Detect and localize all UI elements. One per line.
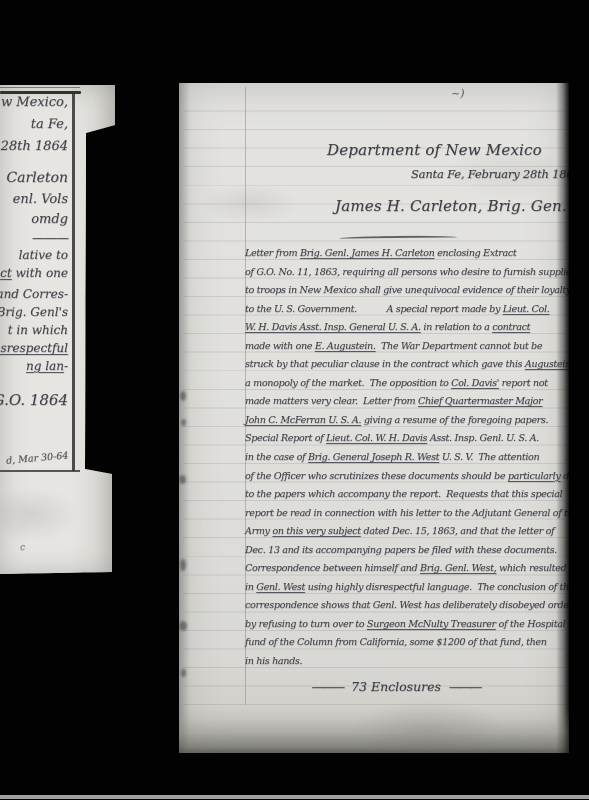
enclosures-text: 73 Enclosures (351, 679, 441, 694)
docket-line: to the papers which accompany the report… (245, 486, 567, 505)
docket-line: by refusing to turn over to Surgeon McNu… (245, 616, 567, 635)
docket-line: in Genl. West using highly disrespectful… (245, 579, 567, 598)
header-addressee-line: James H. Carleton, Brig. Gen. Vols. Comd… (335, 197, 569, 215)
left-page-fragment: and Corres- (0, 287, 68, 301)
left-page-fragment: y 28th 1864 (0, 139, 68, 154)
left-page-fragment: Carleton (6, 170, 68, 186)
pen-squiggle-mark: ~) (451, 87, 465, 100)
docket-line: W. H. Davis Asst. Insp. General U. S. A.… (245, 319, 567, 338)
docket-line: made with one E. Augustein. The War Depa… (245, 338, 567, 357)
docket-line: Dec. 13 and its accompanying papers be f… (245, 542, 567, 561)
docket-line: struck by that peculiar clause in the co… (245, 356, 567, 375)
docket-line: Correspondence between himself and Brig.… (245, 560, 567, 579)
docket-line: report be read in connection with his le… (245, 505, 567, 524)
left-page-fragment: G.O. 1864 (0, 391, 68, 409)
docket-line: Special Report of Lieut. Col. W. H. Davi… (245, 430, 567, 449)
left-page-fragment: ta Fe, (31, 117, 68, 132)
left-page-border-right (72, 91, 75, 471)
docket-line: fund of the Column from California, some… (245, 634, 567, 653)
left-page-fragment: ——— (32, 231, 68, 246)
docket-line: made matters very clear. Letter from Chi… (245, 393, 567, 412)
docket-line: Letter from Brig. Genl. James H. Carleto… (245, 245, 567, 264)
docket-line: to the U. S. Government. A special repor… (245, 301, 567, 320)
left-page-fragment: t in which (8, 323, 68, 337)
docket-line: of the Officer who scrutinizes these doc… (245, 468, 567, 487)
docket-line: Army on this very subject dated Dec. 15,… (245, 523, 567, 542)
scan-edge-artifact (0, 795, 589, 799)
left-page-fragment: ct with one (0, 266, 68, 280)
left-page-fragment: ng lan- (26, 359, 68, 373)
left-page-fragment: omdg (31, 212, 68, 227)
scanned-document-view: w Mexico,ta Fe,y 28th 1864Carletonenl. V… (0, 0, 589, 800)
docket-line: correspondence shows that Genl. West has… (245, 597, 567, 616)
left-page-fragment: Brig. Genl's (0, 305, 68, 319)
enclosures-line: ——— 73 Enclosures ——— (241, 679, 551, 694)
page-left-shade (179, 83, 190, 753)
docket-line: in his hands. (245, 653, 567, 672)
document-page: ~) Department of New Mexico Santa Fe, Fe… (179, 83, 569, 753)
docket-body: Letter from Brig. Genl. James H. Carleto… (245, 245, 567, 672)
left-page-border-bottom (0, 470, 80, 472)
docket-line: a monopoly of the market. The opposition… (245, 375, 567, 394)
left-page-fragment: lative to (19, 248, 68, 262)
left-page-border-top-thin (0, 87, 80, 88)
enclosures-dash-right: ——— (449, 679, 481, 694)
docket-line: John C. McFerran U. S. A. giving a resum… (245, 412, 567, 431)
left-partial-page: w Mexico,ta Fe,y 28th 1864Carletonenl. V… (0, 85, 116, 574)
header-place-date-line: Santa Fe, February 28th 1864 (411, 167, 569, 181)
page-gutter-shadow (556, 83, 569, 753)
left-page-fragment: d, Mar 30-64 (5, 450, 68, 466)
docket-line: in the case of Brig. General Joseph R. W… (245, 449, 567, 468)
left-page-fragment: w Mexico, (1, 95, 68, 110)
docket-line: to troops in New Mexico shall give unequ… (245, 282, 567, 301)
left-page-fragment: c (20, 543, 25, 553)
docket-line: of G.O. No. 11, 1863, requiring all pers… (245, 264, 567, 283)
header-department-line: Department of New Mexico (327, 141, 542, 159)
left-page-fragment: isrespectful (0, 341, 68, 355)
flourish-underline (339, 235, 457, 238)
left-page-fragment: enl. Vols (13, 192, 68, 207)
page-bottom-shade (179, 707, 569, 753)
left-page-border-top (0, 91, 81, 94)
enclosures-dash-left: ——— (312, 679, 344, 694)
